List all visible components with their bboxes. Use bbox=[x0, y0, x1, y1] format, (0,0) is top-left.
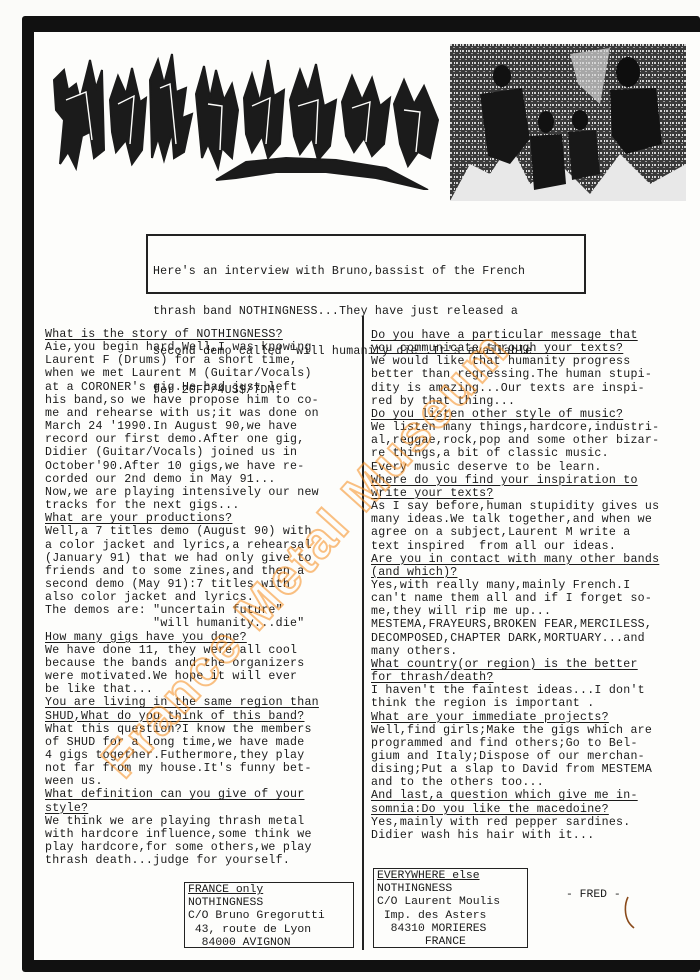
address-line: NOTHINGNESS bbox=[377, 883, 524, 896]
band-logo bbox=[46, 40, 446, 190]
band-photo bbox=[450, 44, 686, 201]
answer: We listen many things,hardcore,industri-… bbox=[371, 421, 700, 474]
address-box-everywhere: EVERYWHERE else NOTHINGNESS C/O Laurent … bbox=[373, 868, 528, 948]
answer: What this question?I know the members of… bbox=[45, 723, 357, 789]
address-line: C/O Laurent Moulis bbox=[377, 896, 524, 909]
answer: We have done 11, they were all cool beca… bbox=[45, 644, 357, 697]
intro-line: Here's an interview with Bruno,bassist o… bbox=[153, 265, 579, 278]
answer: Well,a 7 titles demo (August 90) with a … bbox=[45, 525, 357, 630]
interview-right-column: Do you have a particular message that yo… bbox=[371, 329, 700, 842]
question: What are your productions? bbox=[45, 512, 357, 525]
answer: Yes,with really many,mainly French.I can… bbox=[371, 579, 700, 658]
question: You are living in the same region than S… bbox=[45, 696, 357, 722]
question: Do you listen other style of music? bbox=[371, 408, 700, 421]
pen-mark-icon bbox=[622, 895, 636, 929]
address-line: FRANCE bbox=[377, 936, 524, 949]
answer: We would like that humanity progress bet… bbox=[371, 355, 700, 408]
question: What are your immediate projects? bbox=[371, 711, 700, 724]
answer: I haven't the faintest ideas...I don't t… bbox=[371, 684, 700, 710]
answer: Yes,mainly with red pepper sardines. Did… bbox=[371, 816, 700, 842]
answer: As I say before,human stupidity gives us… bbox=[371, 500, 700, 553]
signature: - FRED - bbox=[566, 889, 621, 901]
interview-left-column: What is the story of NOTHINGNESS? Aie,yo… bbox=[45, 328, 357, 867]
question: What country(or region) is the better fo… bbox=[371, 658, 700, 684]
question: How many gigs have you done? bbox=[45, 631, 357, 644]
address-line: NOTHINGNESS bbox=[188, 897, 350, 910]
question: And last,a question which give me in- so… bbox=[371, 789, 700, 815]
band-photo-image-icon bbox=[450, 44, 686, 201]
question: Are you in contact with many other bands… bbox=[371, 553, 700, 579]
intro-line: thrash band NOTHINGNESS...They have just… bbox=[153, 305, 579, 318]
address-heading: EVERYWHERE else bbox=[377, 870, 524, 883]
question: What is the story of NOTHINGNESS? bbox=[45, 328, 357, 341]
address-line: C/O Bruno Gregorutti bbox=[188, 910, 350, 923]
spiky-band-logo-icon bbox=[46, 40, 446, 190]
question: Do you have a particular message that yo… bbox=[371, 329, 700, 355]
address-heading: FRANCE only bbox=[188, 884, 350, 897]
address-line: 84000 AVIGNON bbox=[188, 937, 350, 950]
address-box-france: FRANCE only NOTHINGNESS C/O Bruno Gregor… bbox=[184, 882, 354, 948]
intro-box: Here's an interview with Bruno,bassist o… bbox=[146, 234, 586, 294]
answer: Aie,you begin hard.Well,I was knowing La… bbox=[45, 341, 357, 512]
address-line: Imp. des Asters bbox=[377, 910, 524, 923]
column-divider bbox=[362, 316, 364, 950]
address-line: 43, route de Lyon bbox=[188, 924, 350, 937]
answer: Well,find girls;Make the gigs which are … bbox=[371, 724, 700, 790]
question: Where do you find your inspiration to wr… bbox=[371, 474, 700, 500]
address-line: 84310 MORIERES bbox=[377, 923, 524, 936]
answer: We think we are playing thrash metal wit… bbox=[45, 815, 357, 868]
question: What definition can you give of your sty… bbox=[45, 788, 357, 814]
